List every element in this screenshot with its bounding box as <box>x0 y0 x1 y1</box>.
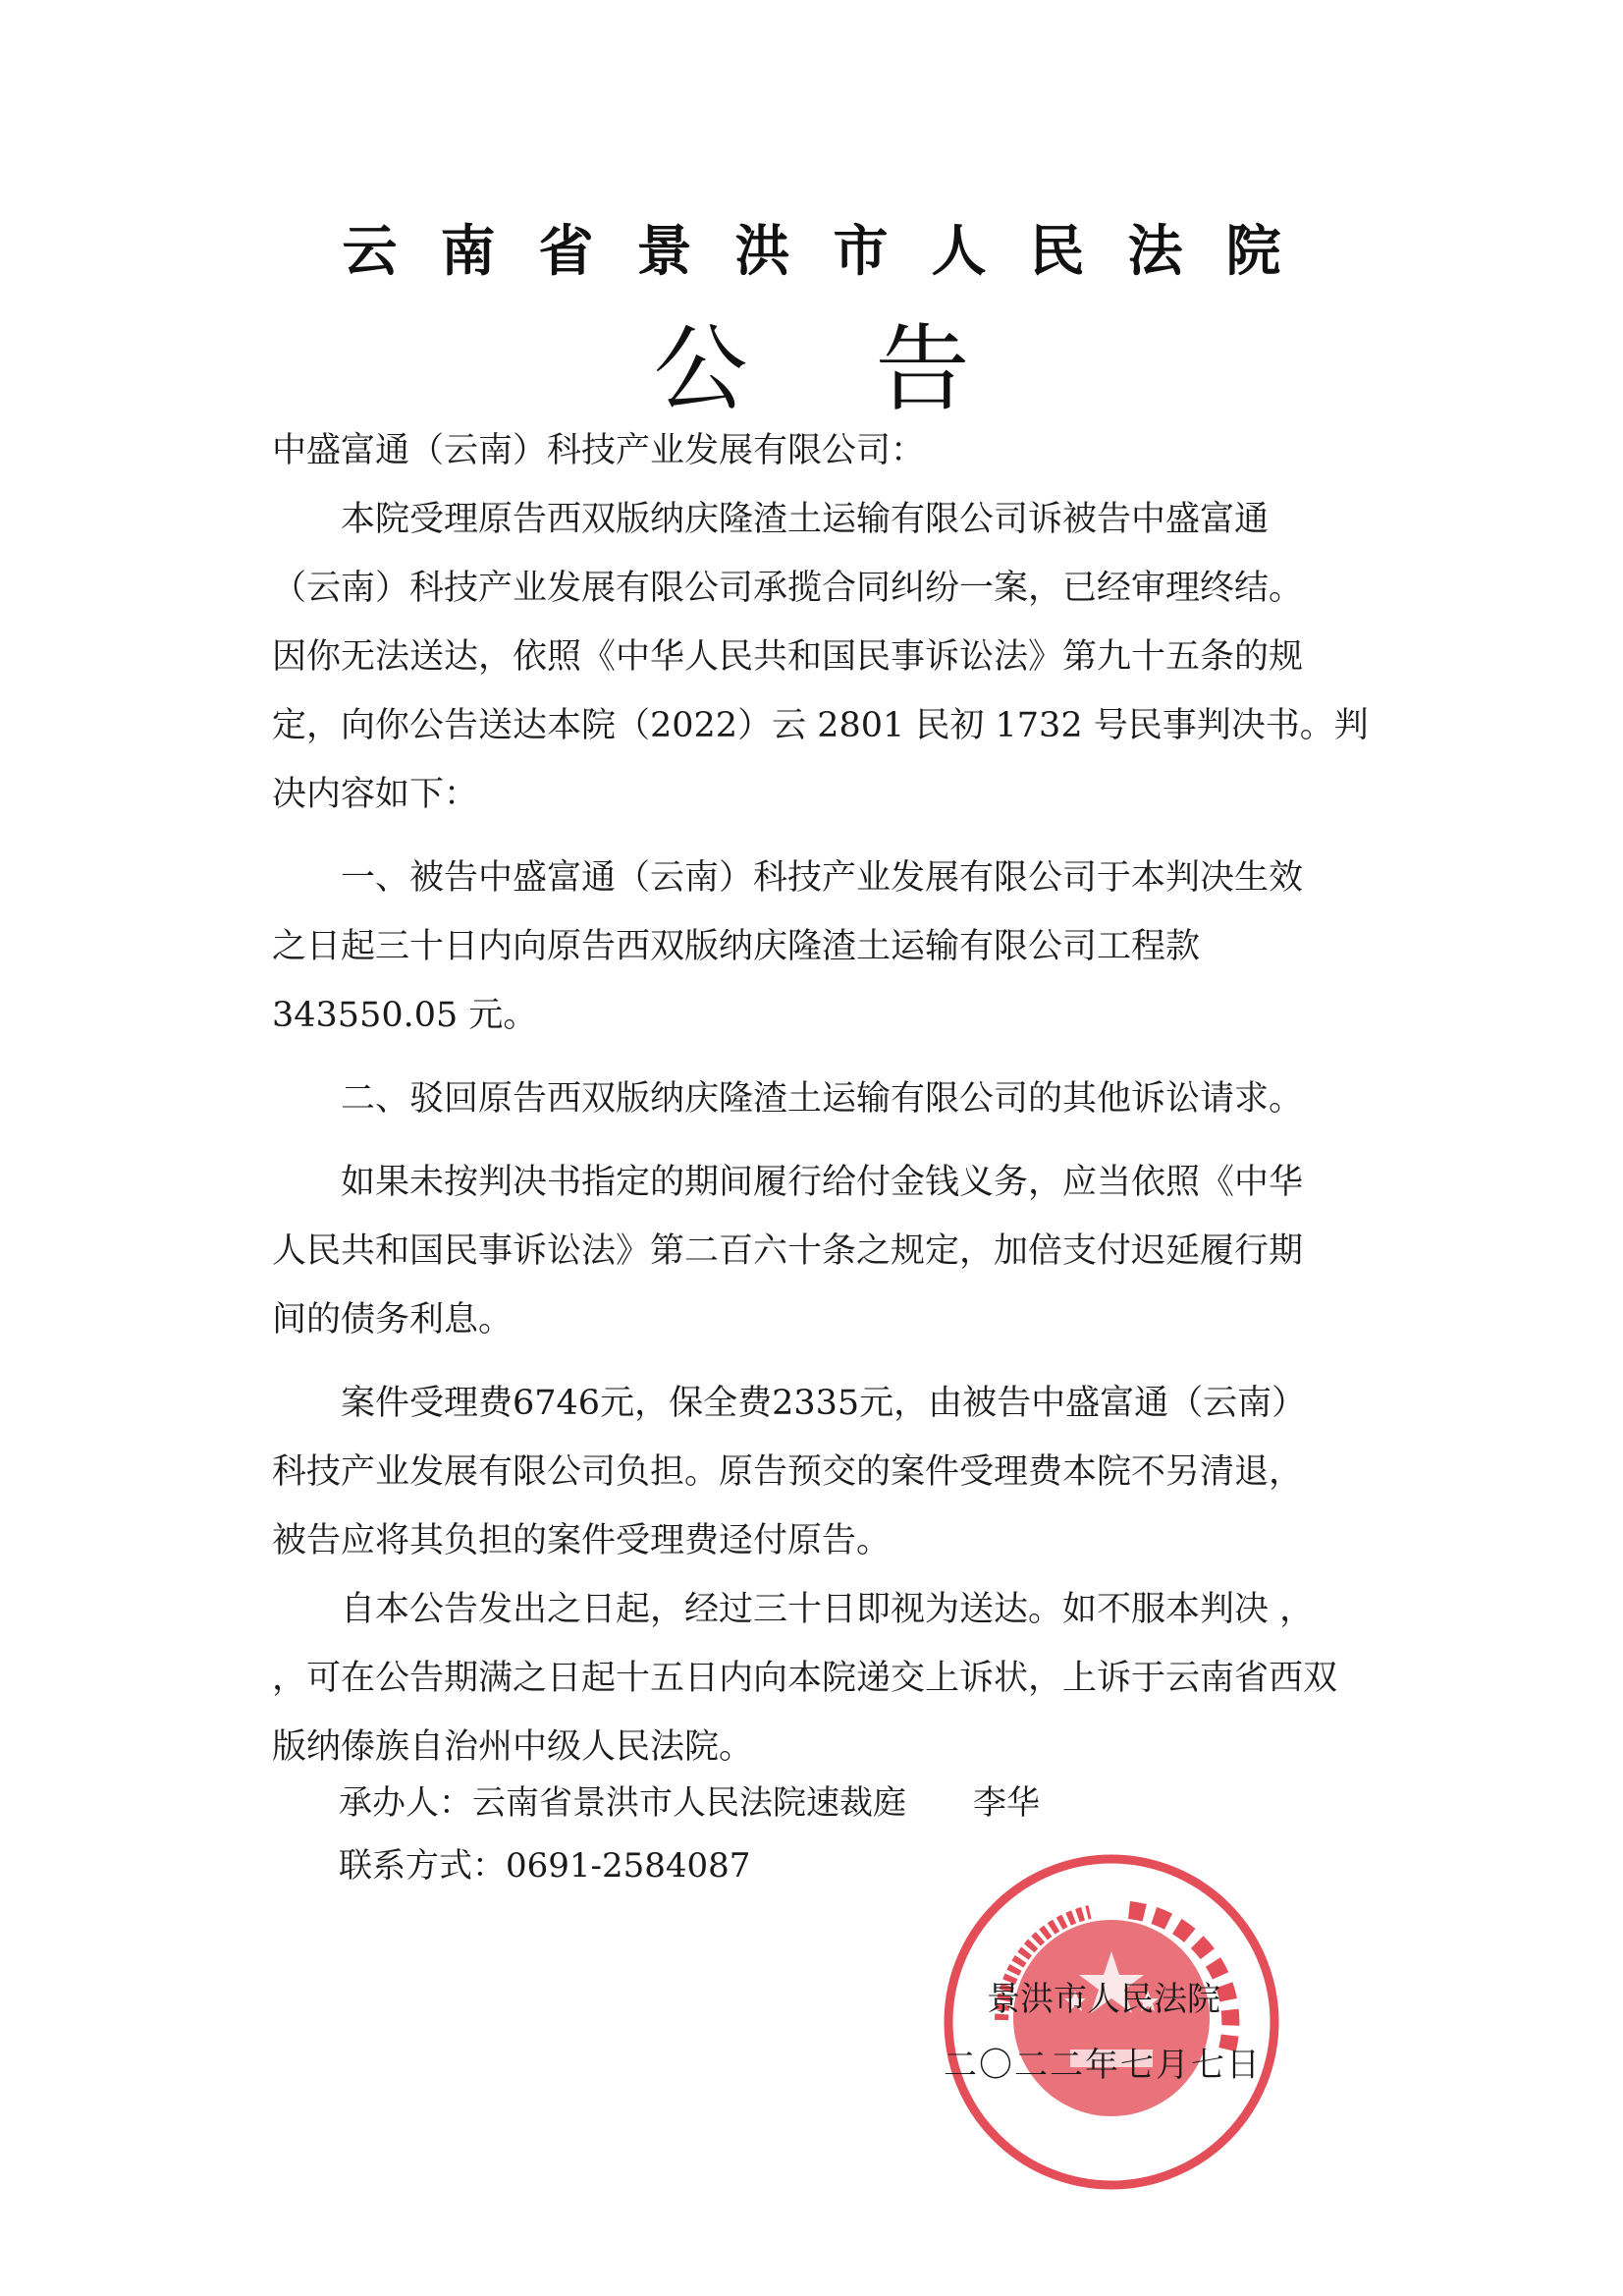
appeal-clause: 版纳傣族自治州中级人民法院。 <box>272 1713 1409 1781</box>
official-seal-icon <box>943 1853 1281 2192</box>
interest-clause: 间的债务利息。 <box>272 1285 1409 1354</box>
issuer-name: 景洪市人民法院 <box>987 1972 1220 2020</box>
handler-line: 承办人：云南省景洪市人民法院速裁庭 李华 <box>339 1776 1040 1824</box>
appeal-clause: ，可在公告期满之日起十五日内向本院递交上诉状，上诉于云南省西双 <box>272 1644 1409 1713</box>
court-name-heading: 云南省景洪市人民法院 <box>0 208 1623 287</box>
intro-line: 因你无法送达，依照《中华人民共和国民事诉讼法》第九十五条的规 <box>272 623 1409 691</box>
contact-line: 联系方式：0691-2584087 <box>339 1838 750 1886</box>
intro-line: 本院受理原告西双版纳庆隆渣土运输有限公司诉被告中盛富通 <box>272 485 1409 554</box>
addressee: 中盛富通（云南）科技产业发展有限公司： <box>272 416 1409 485</box>
interest-clause: 人民共和国民事诉讼法》第二百六十条之规定，加倍支付迟延履行期 <box>272 1217 1409 1285</box>
judgment-item-1: 343550.05 元。 <box>272 981 1409 1050</box>
judgment-item-1: 之日起三十日内向原告西双版纳庆隆渣土运输有限公司工程款 <box>272 912 1409 981</box>
judgment-item-2: 二、驳回原告西双版纳庆隆渣土运输有限公司的其他诉讼请求。 <box>272 1065 1409 1133</box>
fees-clause: 被告应将其负担的案件受理费迳付原告。 <box>272 1506 1409 1575</box>
intro-line: 决内容如下： <box>272 760 1409 829</box>
issue-date: 二〇二二年七月七日 <box>944 2038 1262 2086</box>
fees-clause: 科技产业发展有限公司负担。原告预交的案件受理费本院不另清退， <box>272 1438 1409 1506</box>
document-title: 公告 <box>0 295 1623 429</box>
intro-line: 定，向你公告送达本院（2022）云 2801 民初 1732 号民事判决书。判 <box>272 691 1409 760</box>
intro-line: （云南）科技产业发展有限公司承揽合同纠纷一案，已经审理终结。 <box>272 554 1409 623</box>
judgment-item-1: 一、被告中盛富通（云南）科技产业发展有限公司于本判决生效 <box>272 844 1409 912</box>
fees-clause: 案件受理费6746元，保全费2335元，由被告中盛富通（云南） <box>272 1369 1409 1438</box>
interest-clause: 如果未按判决书指定的期间履行给付金钱义务，应当依照《中华 <box>272 1148 1409 1217</box>
appeal-clause: 自本公告发出之日起，经过三十日即视为送达。如不服本判决 ， <box>272 1575 1409 1644</box>
notice-body: 中盛富通（云南）科技产业发展有限公司： 本院受理原告西双版纳庆隆渣土运输有限公司… <box>272 416 1409 1781</box>
